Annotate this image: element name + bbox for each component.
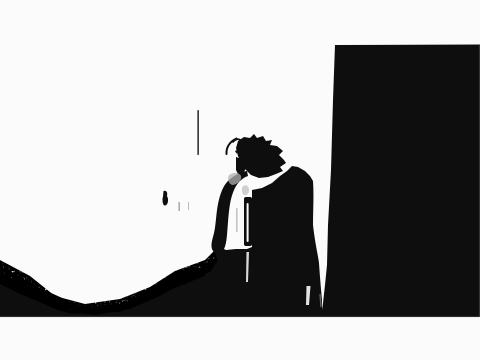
video-still-frame [0,0,480,360]
door-edge-faint-mark [188,202,189,210]
monochrome-scene [0,0,480,360]
door-frame-edge-line [197,110,199,155]
black-wall-block [321,45,480,318]
bottom-white-band [0,317,480,360]
black-wall-shape [321,45,480,318]
door-latch-tick [179,202,180,211]
bottom-band-edge-line [0,316,480,317]
gap-sliver-tip-gray [320,294,321,307]
jacket-fold-mark [236,208,238,232]
strap-highlight [247,203,249,242]
